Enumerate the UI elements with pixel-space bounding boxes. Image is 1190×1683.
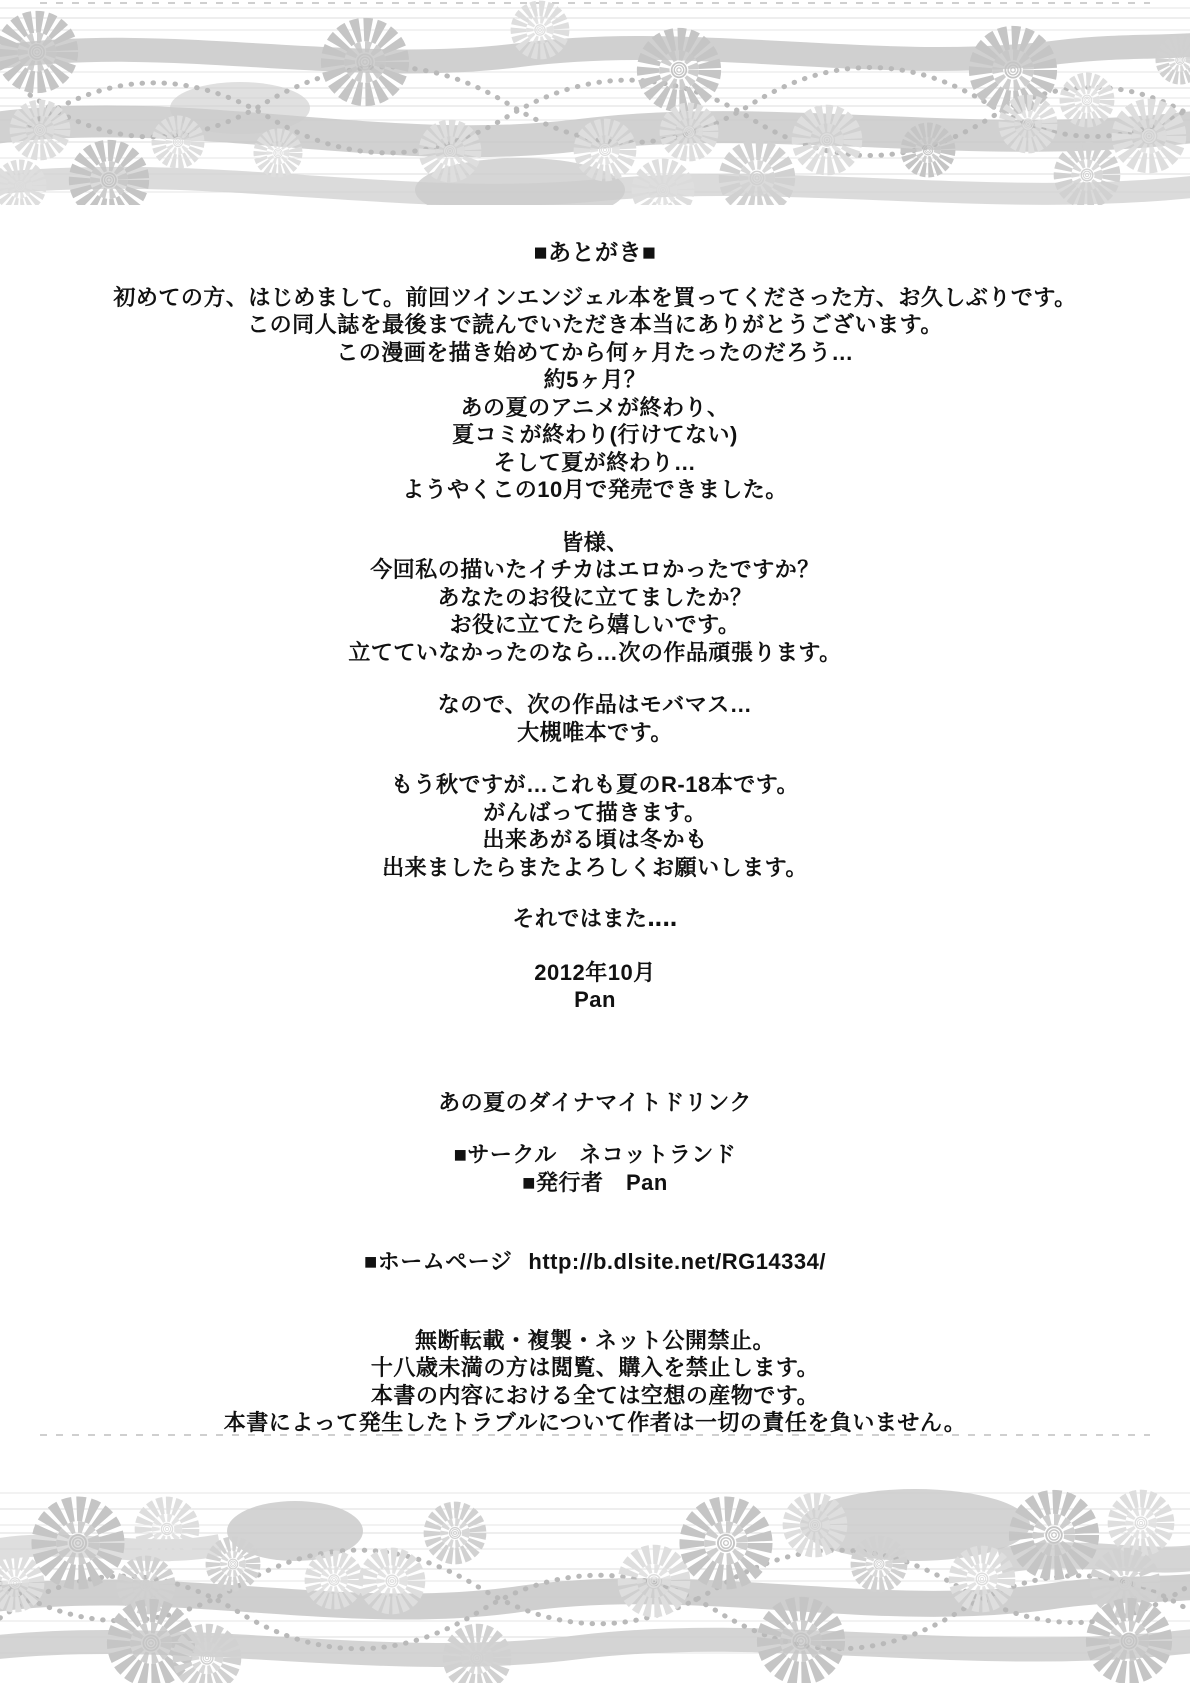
closing-line: それではまた‥‥ [0,905,1190,933]
circle-name: ■サークル ネコットランド [0,1141,1190,1169]
page-title: ■あとがき■ [0,239,1190,267]
afterword-line: 初めての方、はじめまして。前回ツインエンジェル本を買ってくださった方、お久しぶり… [0,284,1190,312]
publisher-name: ■発行者 Pan [0,1169,1190,1197]
afterword-line: 出来ましたらまたよろしくお願いします。 [0,854,1190,882]
homepage-line: ■ホームページhttp://b.dlsite.net/RG14334/ [0,1248,1190,1276]
disclaimer-line: 本書の内容における全ては空想の産物です。 [0,1382,1190,1410]
afterword-line: なので、次の作品はモバマス… [0,691,1190,719]
afterword-line: あなたのお役に立てましたか？ [0,584,1190,612]
afterword-line: 今回私の描いたイチカはエロかったですか？ [0,556,1190,584]
floral-border-bottom [0,1433,1190,1683]
afterword-line: 約5ヶ月？ [0,366,1190,394]
afterword-paragraph-2: 皆様、 今回私の描いたイチカはエロかったですか？ あなたのお役に立てましたか？ … [0,529,1190,667]
disclaimer-block: 無断転載・複製・ネット公開禁止。 十八歳未満の方は閲覧、購入を禁止します。 本書… [0,1327,1190,1437]
afterword-line: もう秋ですが…これも夏のR-18本です。 [0,771,1190,799]
afterword-line: 出来あがる頃は冬かも [0,826,1190,854]
author-name: Pan [0,986,1190,1014]
afterword-line: ようやくこの10月で発売できました。 [0,476,1190,504]
afterword-paragraph-1: 初めての方、はじめまして。前回ツインエンジェル本を買ってくださった方、お久しぶり… [0,284,1190,504]
afterword-line: お役に立てたら嬉しいです。 [0,611,1190,639]
afterword-content: ■あとがき■ 初めての方、はじめまして。前回ツインエンジェル本を買ってくださった… [0,0,1190,1437]
homepage-url: http://b.dlsite.net/RG14334/ [528,1249,826,1274]
afterword-line: 立てていなかったのなら…次の作品頑張ります。 [0,639,1190,667]
afterword-line: あの夏のアニメが終わり、 [0,394,1190,422]
afterword-page: { "title": "■あとがき■", "afterword": { "par… [0,0,1190,1683]
disclaimer-line: 十八歳未満の方は閲覧、購入を禁止します。 [0,1354,1190,1382]
afterword-line: この同人誌を最後まで読んでいただき本当にありがとうございます。 [0,311,1190,339]
book-title: あの夏のダイナマイトドリンク [0,1089,1190,1117]
date-line: 2012年10月 [0,959,1190,987]
afterword-line: そして夏が終わり… [0,449,1190,477]
afterword-line: 大槻唯本です。 [0,719,1190,747]
colophon-block: ■サークル ネコットランド ■発行者 Pan [0,1141,1190,1196]
afterword-line: 皆様、 [0,529,1190,557]
afterword-line: がんばって描きます。 [0,799,1190,827]
afterword-paragraph-4: もう秋ですが…これも夏のR-18本です。 がんばって描きます。 出来あがる頃は冬… [0,771,1190,881]
afterword-paragraph-3: なので、次の作品はモバマス… 大槻唯本です。 [0,691,1190,746]
afterword-line: 夏コミが終わり(行けてない) [0,421,1190,449]
disclaimer-line: 無断転載・複製・ネット公開禁止。 [0,1327,1190,1355]
afterword-line: この漫画を描き始めてから何ヶ月たったのだろう… [0,339,1190,367]
homepage-label: ■ホームページ [364,1249,512,1274]
